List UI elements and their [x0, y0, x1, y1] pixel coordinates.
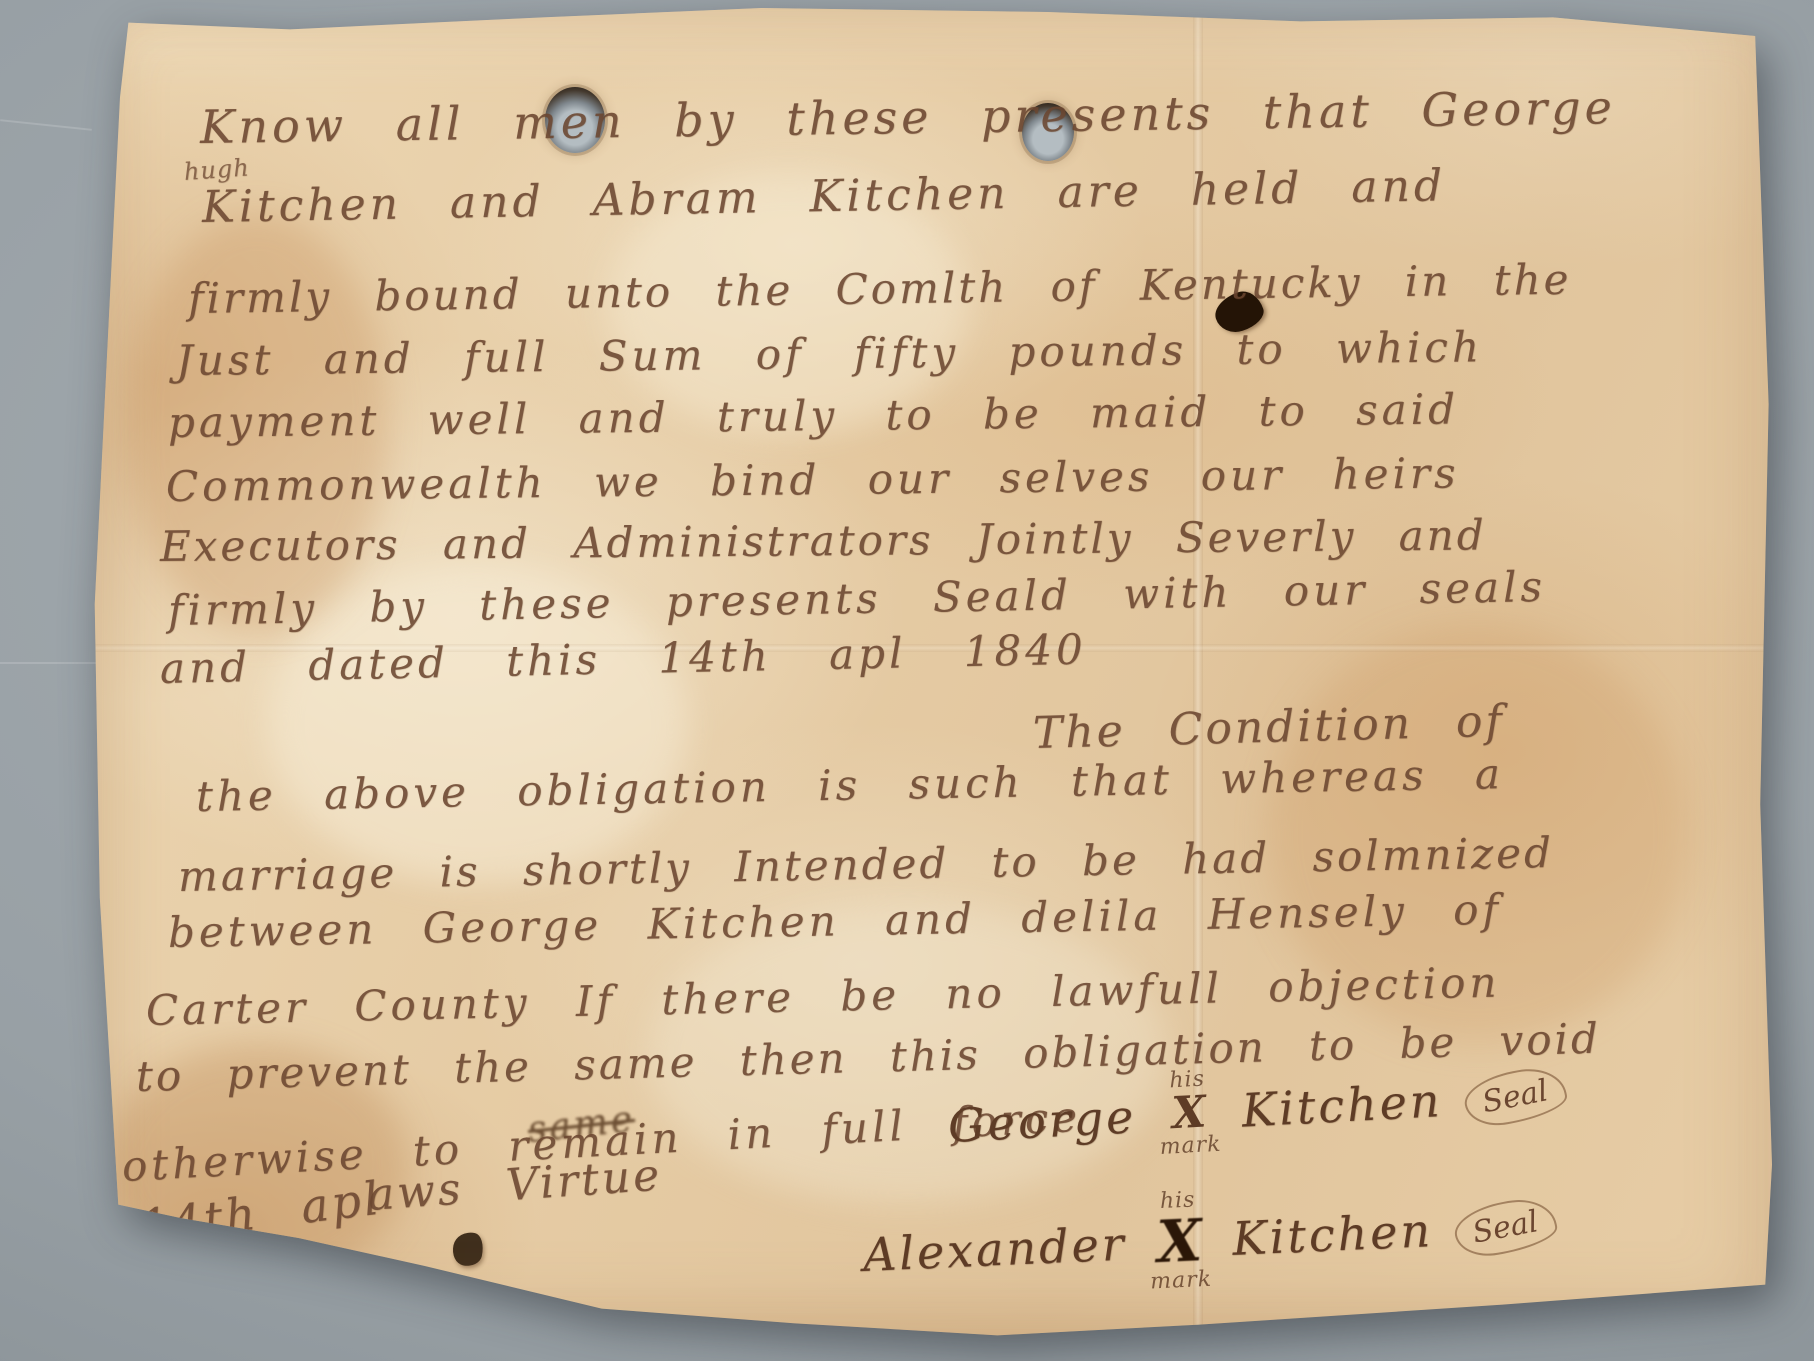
signature-given-name: Alexander — [862, 1217, 1128, 1282]
x-mark: X — [1171, 1091, 1207, 1137]
document-photo: Know all men by these presents that Geor… — [88, 4, 1772, 1338]
mark-label-bottom: mark — [1150, 1269, 1213, 1294]
his-mark: his X mark — [1146, 1189, 1212, 1294]
signature-surname: Kitchen — [1240, 1073, 1443, 1137]
ink-blot — [450, 1229, 486, 1268]
handwritten-line: Kitchen and Abram Kitchen are held and — [202, 160, 1447, 233]
signature-surname: Kitchen — [1231, 1203, 1434, 1266]
x-mark: X — [1156, 1211, 1204, 1271]
table-seam — [0, 119, 92, 131]
signature-given-name: George — [947, 1089, 1138, 1153]
handwritten-line: and dated this 14th apl 1840 — [159, 625, 1087, 693]
handwritten-line: firmly by these presents Seald with our … — [168, 562, 1547, 635]
handwritten-line: Know all men by these presents that Geor… — [200, 80, 1616, 154]
seal-flourish: Seal — [1451, 1193, 1560, 1262]
his-mark: his X mark — [1156, 1068, 1222, 1159]
mark-label-top: his — [1169, 1069, 1206, 1093]
mark-label-bottom: mark — [1159, 1134, 1222, 1159]
table-seam — [0, 662, 96, 664]
handwritten-line: Executors and Administrators Jointly Sev… — [160, 510, 1487, 571]
seal-flourish: Seal — [1460, 1062, 1570, 1131]
document-paper: Know all men by these presents that Geor… — [88, 4, 1772, 1338]
handwritten-line: firmly bound unto the Comlth of Kentucky… — [188, 255, 1572, 323]
photo-background: Know all men by these presents that Geor… — [0, 0, 1814, 1361]
